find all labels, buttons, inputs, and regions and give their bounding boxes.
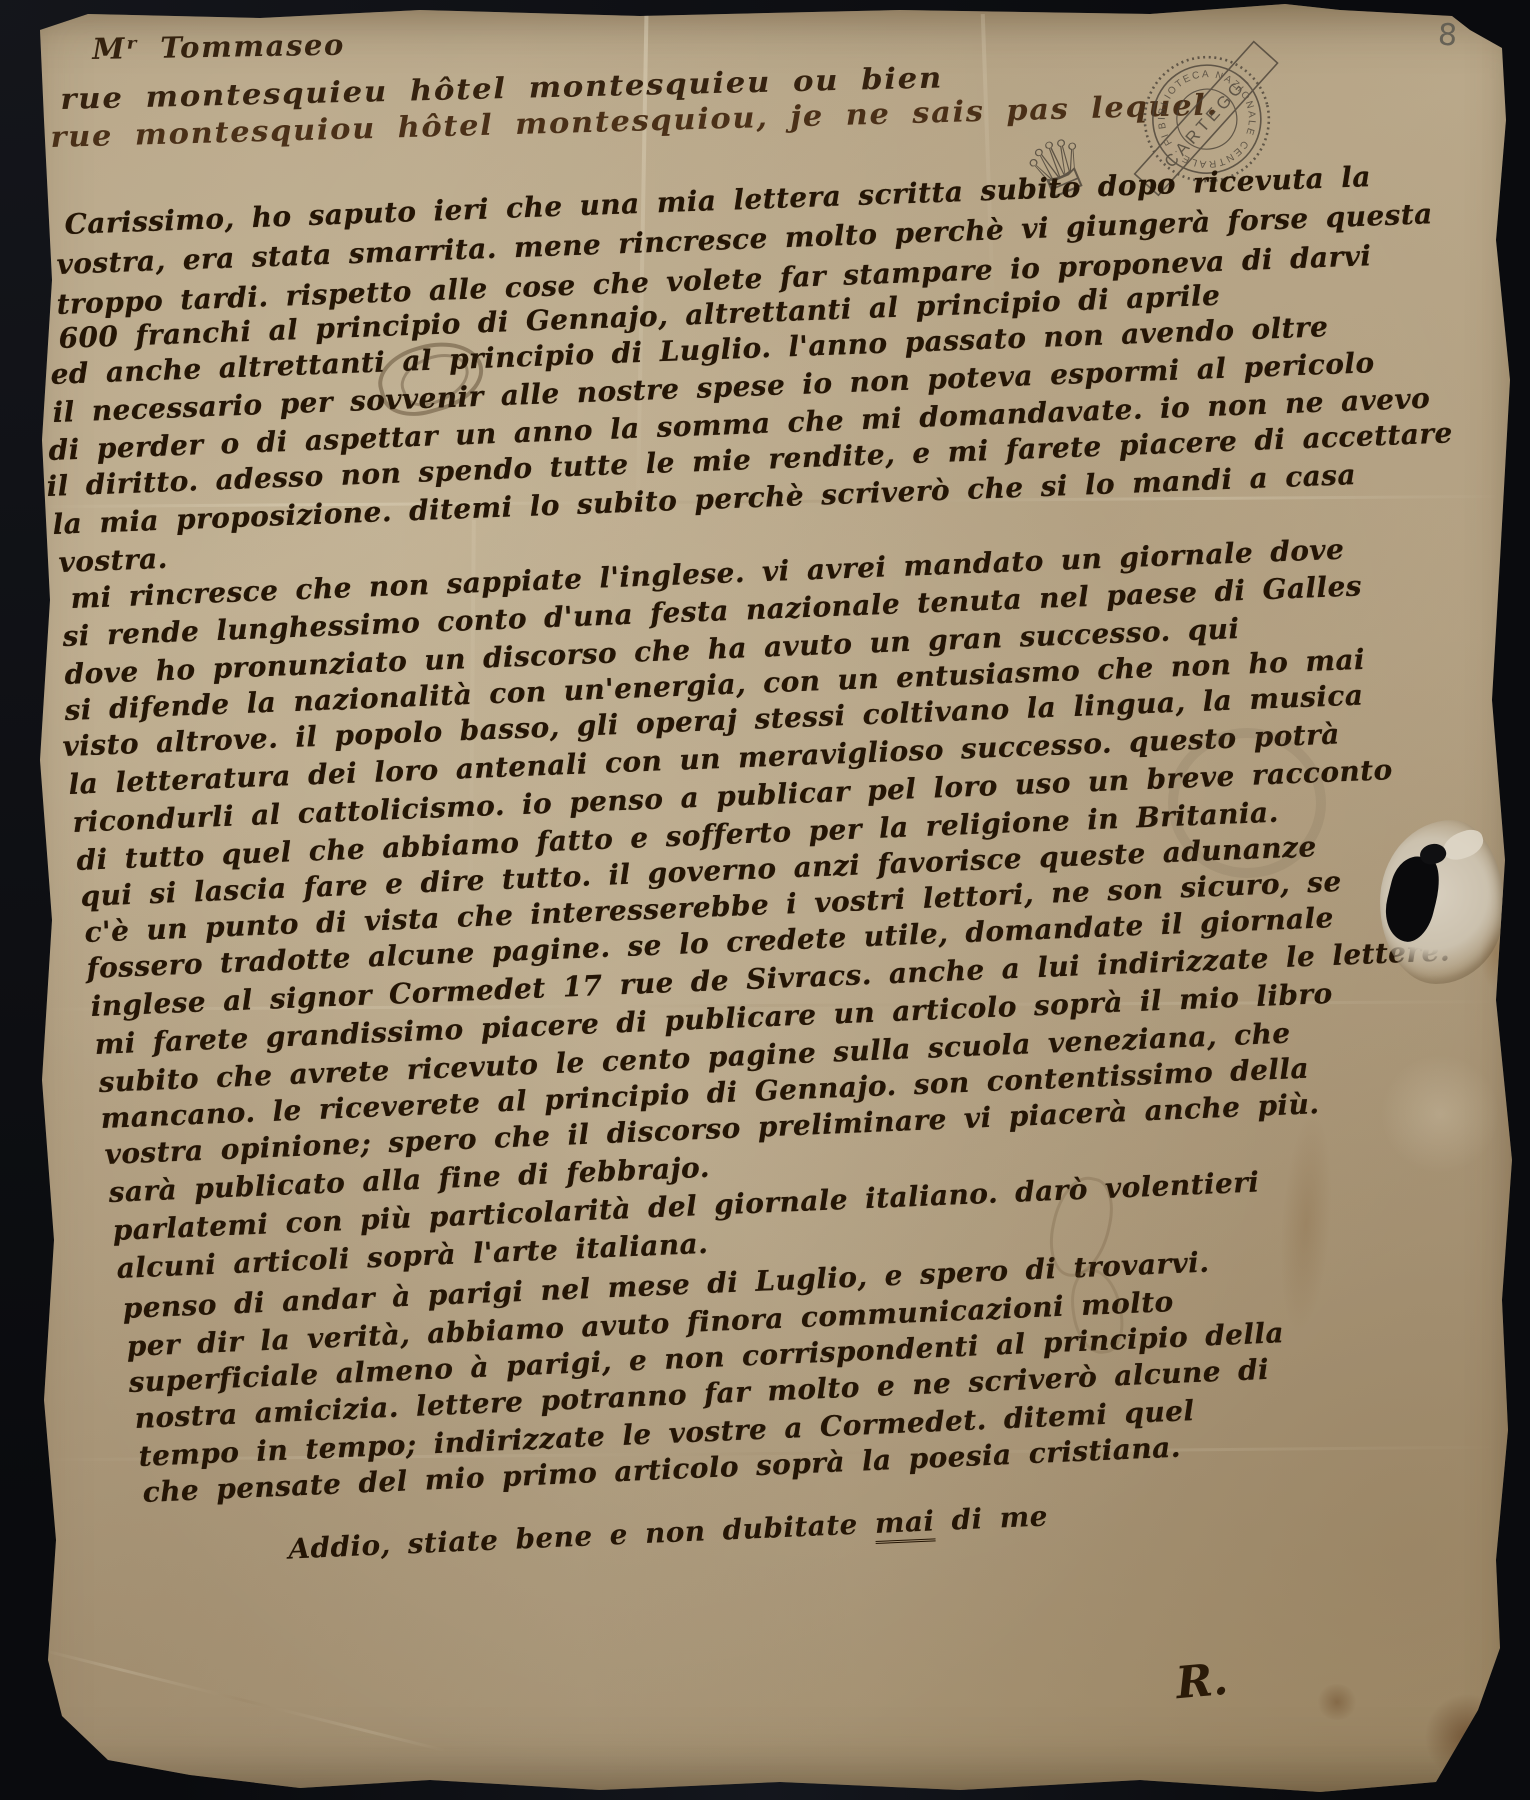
- letter-paper: 8 Mʳ Tommaseo rue montesquieu hôtel mont…: [0, 0, 1530, 1800]
- closing-text: Addio, stiate bene e non dubitate: [288, 1507, 876, 1566]
- scanned-letter-scene: 8 Mʳ Tommaseo rue montesquieu hôtel mont…: [0, 0, 1530, 1800]
- address-recipient: Mʳ Tommaseo: [92, 28, 345, 66]
- closing-underlined-word: mai: [874, 1504, 935, 1544]
- closing-line: Addio, stiate bene e non dubitate mai di…: [288, 1499, 1049, 1565]
- stamp-band-text: CARTEGGI: [1161, 69, 1256, 171]
- ink-stain: [1316, 1684, 1358, 1720]
- letter-line: vostra.: [58, 542, 168, 579]
- ink-stain: [1424, 1694, 1512, 1780]
- ink-stain: [1275, 1115, 1338, 1333]
- paper-crease: [39, 1648, 447, 1753]
- folio-number: 8: [1437, 18, 1458, 54]
- signature-initial: R.: [1174, 1654, 1230, 1709]
- closing-text: di me: [934, 1499, 1049, 1537]
- worn-spot: [1380, 1054, 1500, 1174]
